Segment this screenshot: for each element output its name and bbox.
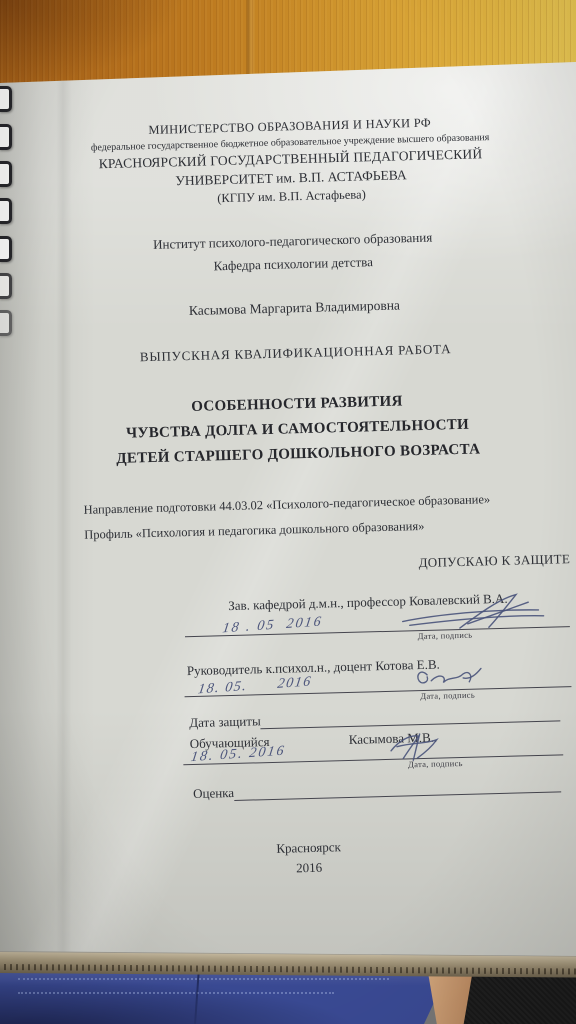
binding-ring	[0, 273, 12, 299]
title-page-content: МИНИСТЕРСТВО ОБРАЗОВАНИЯ И НАУКИ РФ феде…	[0, 55, 576, 968]
jeans-stitch	[18, 992, 334, 994]
head-date-handwritten: 18 . 05 2016	[221, 614, 323, 637]
binding-ring	[0, 124, 12, 150]
grade-row: Оценка	[193, 776, 561, 802]
student-signature-block: 18. 05. 2016 Дата, подпись	[183, 724, 564, 765]
supervisor-signature-scribble	[413, 664, 484, 692]
admit-to-defense-stamp: ДОПУСКАЮ К ЗАЩИТЕ	[418, 551, 570, 571]
binding-ring	[0, 198, 12, 224]
jeans-seam	[194, 968, 200, 1024]
binding-ring	[0, 310, 12, 336]
document-page: МИНИСТЕРСТВО ОБРАЗОВАНИЯ И НАУКИ РФ феде…	[0, 62, 576, 960]
supervisor-date-handwritten: 18. 05. 2016	[197, 674, 313, 698]
date-signature-label: Дата, подпись	[390, 629, 500, 642]
defense-date-label: Дата защиты	[189, 713, 261, 731]
binding-ring	[0, 86, 12, 112]
binding-ring	[0, 161, 12, 187]
student-date-handwritten: 18. 05. 2016	[190, 744, 287, 767]
profile-line: Профиль «Психология и педагогика дошколь…	[84, 519, 424, 543]
grade-blank-line	[234, 776, 561, 801]
date-signature-label: Дата, подпись	[393, 689, 503, 702]
author-name: Касымова Маргарита Владимировна	[6, 293, 576, 324]
jeans-stitch	[18, 978, 389, 980]
grade-label: Оценка	[193, 785, 234, 802]
binding-ring	[0, 236, 12, 262]
program-line: Направление подготовки 44.03.02 «Психоло…	[83, 492, 490, 518]
photo-scene: МИНИСТЕРСТВО ОБРАЗОВАНИЯ И НАУКИ РФ феде…	[0, 0, 576, 1024]
head-signature-scribble	[397, 591, 548, 635]
work-type-heading: ВЫПУСКНАЯ КВАЛИФИКАЦИОННАЯ РАБОТА	[8, 338, 576, 369]
student-signature-scribble	[382, 726, 443, 762]
date-signature-label: Дата, подпись	[380, 757, 490, 770]
